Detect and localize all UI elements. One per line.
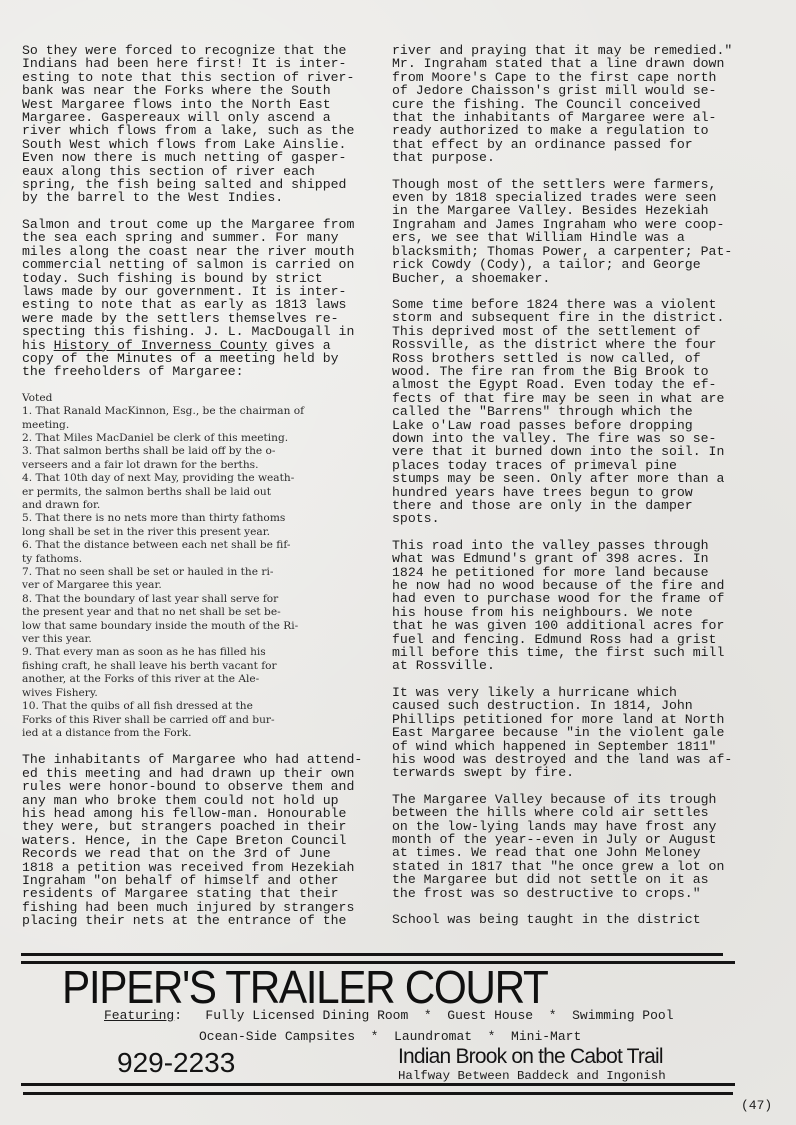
- ad-title: PIPER'S TRAILER COURT: [62, 964, 548, 1010]
- page-number: (47): [741, 1098, 772, 1113]
- ad-features-line-2: Ocean-Side Campsites * Laundromat * Mini…: [199, 1030, 581, 1044]
- paragraph-hurricane: It was very likely a hurricane which cau…: [392, 686, 792, 780]
- left-column: So they were forced to recognize that th…: [22, 44, 390, 941]
- paragraph-indians-first: So they were forced to recognize that th…: [22, 44, 390, 205]
- salmon-text-before: Salmon and trout come up the Margaree fr…: [22, 217, 354, 353]
- features-list-2: Ocean-Side Campsites * Laundromat * Mini…: [199, 1029, 581, 1044]
- paragraph-school: School was being taught in the district: [392, 913, 792, 926]
- magazine-page: So they were forced to recognize that th…: [0, 0, 796, 1125]
- paragraph-fire: Some time before 1824 there was a violen…: [392, 298, 792, 526]
- ad-location: Indian Brook on the Cabot Trail: [398, 1046, 663, 1068]
- ad-phone-number: 929-2233: [117, 1049, 235, 1077]
- featuring-label: Featuring: [104, 1008, 174, 1023]
- paragraph-trades: Though most of the settlers were farmers…: [392, 178, 792, 285]
- ad-features-line-1: Featuring: Fully Licensed Dining Room * …: [104, 1009, 674, 1023]
- featuring-colon: :: [174, 1008, 182, 1023]
- paragraph-remedied: river and praying that it may be remedie…: [392, 44, 792, 165]
- ad-top-rule-1: [21, 953, 723, 956]
- right-column: river and praying that it may be remedie…: [392, 44, 792, 939]
- paragraph-frost: The Margaree Valley because of its troug…: [392, 793, 792, 900]
- meeting-minutes: Voted 1. That Ranald MacKinnon, Esg., be…: [22, 392, 390, 741]
- features-list-1: Fully Licensed Dining Room * Guest House…: [182, 1008, 673, 1023]
- ad-bottom-rule-1: [21, 1083, 735, 1086]
- paragraph-edmund-grant: This road into the valley passes through…: [392, 539, 792, 673]
- paragraph-salmon-laws: Salmon and trout come up the Margaree fr…: [22, 218, 390, 379]
- paragraph-inhabitants-petition: The inhabitants of Margaree who had atte…: [22, 753, 390, 927]
- ad-tagline: Halfway Between Baddeck and Ingonish: [398, 1069, 666, 1083]
- ad-bottom-rule-2: [23, 1092, 733, 1095]
